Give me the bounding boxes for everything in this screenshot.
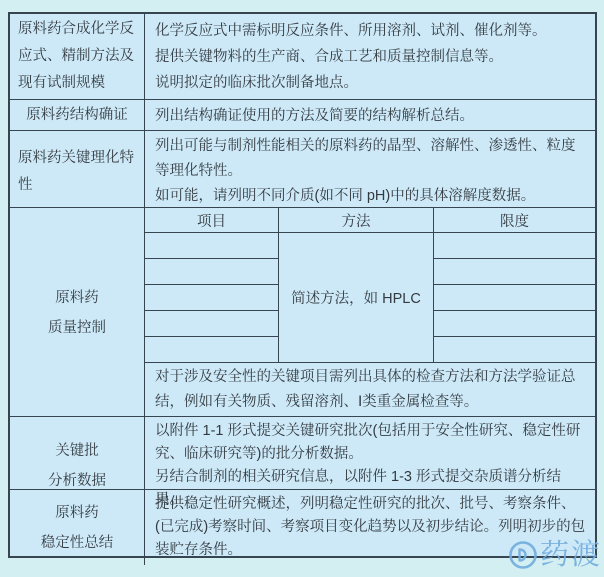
- empty-item-cell: [145, 336, 279, 362]
- row-header-text-line1: 原料药: [18, 283, 136, 313]
- paragraph: 说明拟定的临床批次制备地点。: [155, 70, 589, 96]
- row-header-text-line2: 质量控制: [18, 313, 136, 343]
- row-header-text-line1: 原料药: [18, 498, 136, 528]
- empty-item-cell: [145, 284, 279, 310]
- empty-limit-cell: [434, 258, 595, 284]
- paragraph: 对于涉及安全性的关键项目需列出具体的检查方法和方法学验证总结，例如有关物质、残留…: [155, 365, 589, 415]
- table-row-properties: 原料药关键理化特性 列出可能与制剂性能相关的原料药的晶型、溶解性、渗透性、粒度等…: [10, 130, 595, 207]
- spec-subtable: 项目 方法 限度 简述方法，如 HPLC: [145, 208, 595, 363]
- empty-limit-cell: [434, 336, 595, 362]
- row-header-text-line2: 稳定性总结: [18, 528, 136, 558]
- row-header-text-line1: 关键批: [18, 436, 136, 466]
- paragraph: 如可能，请列明不同介质(如不同 pH)中的具体溶解度数据。: [155, 184, 589, 209]
- subtable-header-item: 项目: [145, 208, 279, 232]
- subtable-header-method: 方法: [279, 208, 434, 232]
- subtable-header-limit: 限度: [434, 208, 595, 232]
- table-row-synthesis: 原料药合成化学反应式、精制方法及现有试制规模 化学反应式中需标明反应条件、所用溶…: [10, 14, 595, 99]
- row-header-text: 原料药结构确证: [18, 102, 136, 129]
- page: 原料药合成化学反应式、精制方法及现有试制规模 化学反应式中需标明反应条件、所用溶…: [0, 0, 604, 577]
- paragraph: 列出可能与制剂性能相关的原料药的晶型、溶解性、渗透性、粒度等理化特性。: [155, 134, 589, 184]
- cell-properties-requirements: 列出可能与制剂性能相关的原料药的晶型、溶解性、渗透性、粒度等理化特性。 如可能，…: [145, 131, 595, 212]
- empty-item-cell: [145, 310, 279, 336]
- paragraph: 列出结构确证使用的方法及简要的结构解析总结。: [155, 104, 589, 128]
- watermark-text: 药渡: [540, 541, 602, 570]
- table-row-batch-analysis: 关键批 分析数据 以附件 1-1 形式提交关键研究批次(包括用于安全性研究、稳定…: [10, 416, 595, 489]
- row-header-text: 原料药关键理化特性: [18, 145, 136, 199]
- empty-limit-cell: [434, 232, 595, 258]
- cell-quality-control: 项目 方法 限度 简述方法，如 HPLC 对于涉及安全性的: [145, 208, 595, 417]
- cell-structure-requirements: 列出结构确证使用的方法及简要的结构解析总结。: [145, 100, 595, 131]
- empty-limit-cell: [434, 310, 595, 336]
- pharmacodia-logo-icon: [508, 540, 538, 570]
- empty-item-cell: [145, 232, 279, 258]
- row-header-text: 原料药合成化学反应式、精制方法及现有试制规模: [18, 16, 136, 97]
- cell-synthesis-requirements: 化学反应式中需标明反应条件、所用溶剂、试剂、催化剂等。 提供关键物料的生产商、合…: [145, 14, 595, 99]
- paragraph: 提供关键物料的生产商、合成工艺和质量控制信息等。: [155, 44, 589, 70]
- row-header-properties: 原料药关键理化特性: [10, 131, 145, 212]
- method-note-cell: 简述方法，如 HPLC: [279, 232, 434, 362]
- requirements-table: 原料药合成化学反应式、精制方法及现有试制规模 化学反应式中需标明反应条件、所用溶…: [8, 12, 597, 558]
- quality-control-note: 对于涉及安全性的关键项目需列出具体的检查方法和方法学验证总结，例如有关物质、残留…: [145, 363, 595, 417]
- empty-item-cell: [145, 258, 279, 284]
- paragraph: 化学反应式中需标明反应条件、所用溶剂、试剂、催化剂等。: [155, 18, 589, 44]
- table-row-quality-control: 原料药 质量控制 项目 方法 限度 简述方法，如 HPLC: [10, 207, 595, 416]
- table-row-structure: 原料药结构确证 列出结构确证使用的方法及简要的结构解析总结。: [10, 99, 595, 130]
- row-header-structure: 原料药结构确证: [10, 100, 145, 131]
- row-header-stability: 原料药 稳定性总结: [10, 490, 145, 565]
- paragraph: 以附件 1-1 形式提交关键研究批次(包括用于安全性研究、稳定性研究、临床研究等…: [155, 420, 589, 466]
- row-header-quality-control: 原料药 质量控制: [10, 208, 145, 417]
- empty-limit-cell: [434, 284, 595, 310]
- row-header-synthesis: 原料药合成化学反应式、精制方法及现有试制规模: [10, 14, 145, 99]
- watermark: 药渡: [508, 540, 602, 570]
